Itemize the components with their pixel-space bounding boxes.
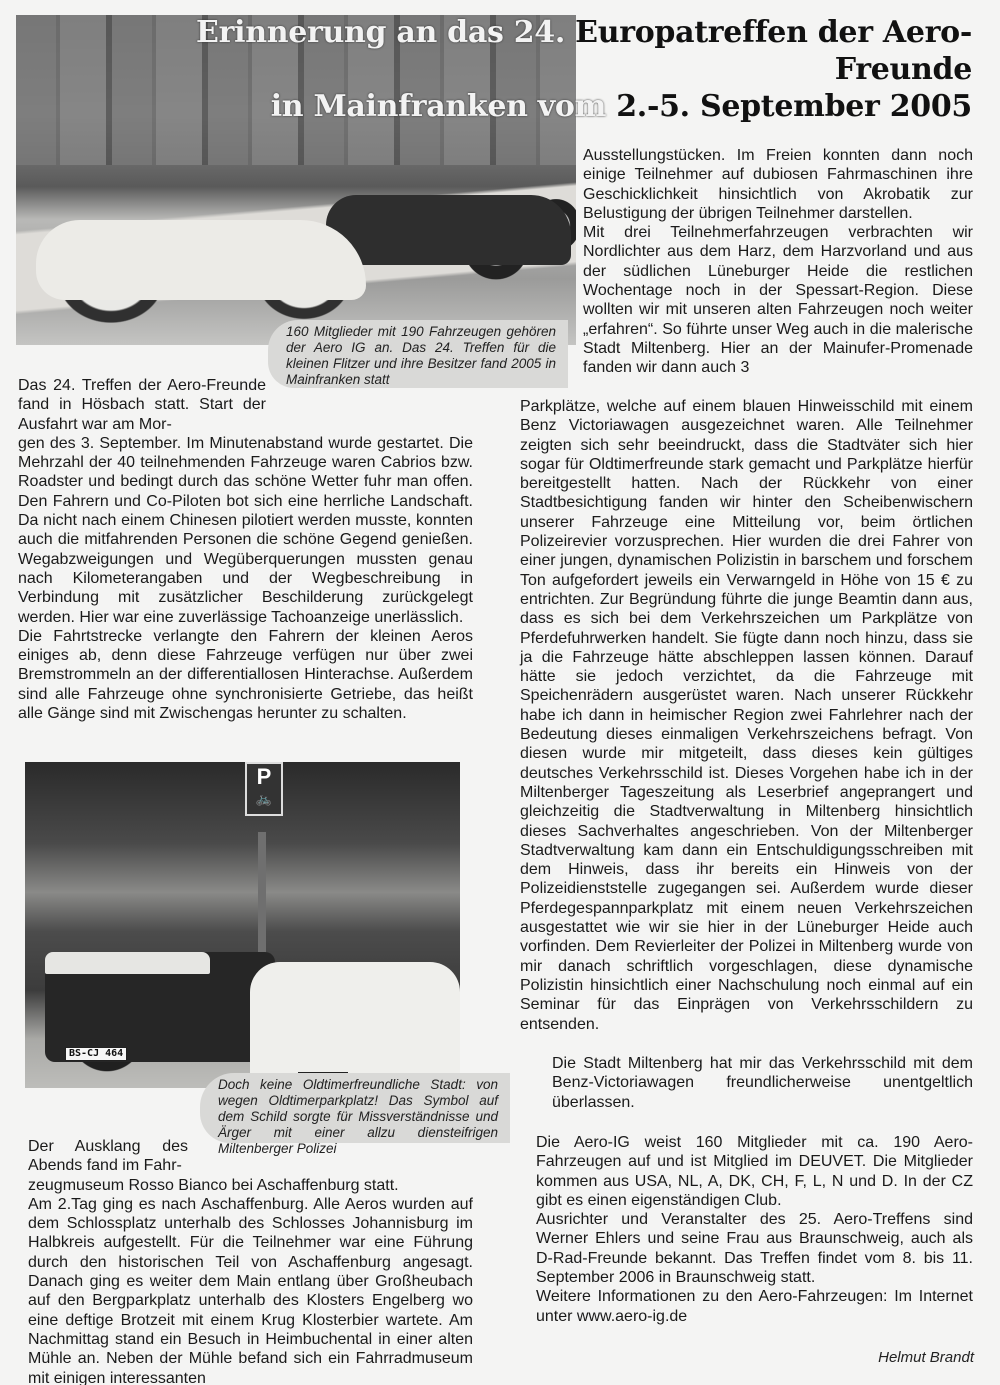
title-line-1-dark: Europatreffen der Aero- (575, 15, 972, 50)
evening-intro: Der Ausklang des Abends fand im Fahr- (28, 1137, 188, 1176)
title-line-3-dark: 2.-5. September 2005 (616, 89, 972, 124)
paragraph-club: Die Aero-IG weist 160 Mitglieder mit ca.… (536, 1133, 973, 1210)
title-line-3-light: in Mainfranken vom (271, 89, 617, 124)
photo-miltenberg-parking: P 🚲 BS-CJ 464 H-07617 (25, 762, 460, 1088)
left-column-bottom: Der Ausklang des Abends fand im Fahr- ze… (28, 1137, 473, 1385)
title-line-3: in Mainfranken vom 2.-5. September 2005 (196, 88, 972, 125)
title-line-1: Erinnerung an das 24. Europatreffen der … (196, 14, 972, 51)
photo-white-car (250, 962, 460, 1088)
photo-dark-roadster (326, 195, 571, 265)
right-column-club-info: Die Aero-IG weist 160 Mitglieder mit ca.… (536, 1133, 973, 1326)
car-trim (45, 952, 210, 974)
intro-paragraph: Das 24. Treffen der Aero-Freunde fand in… (18, 376, 266, 434)
paragraph-miltenberg: Mit drei Teilnehmerfahrzeugen verbrachte… (583, 223, 973, 377)
photo-caption-2: Doch keine Oldtimerfreundliche Stadt: vo… (200, 1073, 510, 1143)
right-column-sign-gift: Die Stadt Miltenberg hat mir das Verkehr… (552, 1054, 973, 1112)
license-plate-1: BS-CJ 464 (65, 1047, 127, 1061)
title-line-2: Freunde (196, 51, 972, 88)
right-column-top: Ausstellungstücken. Im Freien konnten da… (583, 146, 973, 378)
paragraph-exhibits: Ausstellungstücken. Im Freien konnten da… (583, 146, 973, 223)
paragraph-museum: zeugmuseum Rosso Bianco bei Aschaffenbur… (28, 1176, 473, 1195)
photo-dark-car (45, 952, 275, 1062)
photo-white-roadster (36, 220, 366, 300)
paragraph-start: gen des 3. September. Im Minutenabstand … (18, 434, 473, 627)
paragraph-website: Weitere Informationen zu den Aero-Fahrze… (536, 1287, 973, 1326)
article-title: Erinnerung an das 24. Europatreffen der … (196, 14, 972, 125)
right-column-middle: Parkplätze, welche auf einem blauen Hinw… (520, 397, 973, 1034)
left-column-top: Das 24. Treffen der Aero-Freunde fand in… (18, 376, 473, 723)
carriage-icon: 🚲 (247, 790, 281, 808)
author-signature: Helmut Brandt (878, 1349, 974, 1366)
paragraph-route: Die Fahrtstrecke verlangte den Fahrern d… (18, 627, 473, 723)
paragraph-day-two: Am 2.Tag ging es nach Aschaffenburg. All… (28, 1195, 473, 1385)
parking-sign-label: P (257, 764, 272, 789)
parking-sign: P 🚲 (245, 762, 283, 816)
paragraph-next-meeting: Ausrichter und Veranstalter des 25. Aero… (536, 1210, 973, 1287)
paragraph-police: Parkplätze, welche auf einem blauen Hinw… (520, 397, 973, 1034)
paragraph-sign-gift: Die Stadt Miltenberg hat mir das Verkehr… (552, 1054, 973, 1112)
title-line-1-light: Erinnerung an das 24. (196, 15, 575, 50)
